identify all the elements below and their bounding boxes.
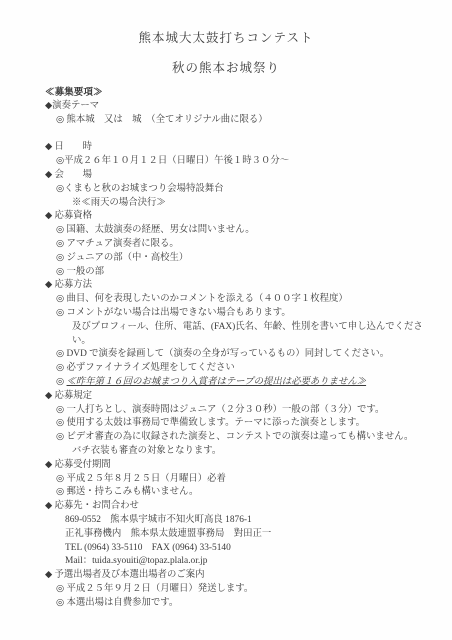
document-line: い。 [72, 335, 452, 349]
document-line: ◎ 国籍、太鼓演奏の経歴、男女は問いません。 [56, 224, 452, 238]
section-heading: ◆ 会 場 [45, 169, 452, 183]
document-line: ◎ コメントがない場合は出場できない場合もあります。 [56, 307, 452, 321]
section-heading: ◆ 応募先・お問合わせ [45, 500, 452, 514]
section-heading: ◆ 応募規定 [45, 390, 452, 404]
document-line: ◎ 本選出場は自費参加です。 [56, 597, 452, 611]
section-heading: ◆ 予選出場者及び本選出場者のご案内 [45, 569, 452, 583]
document-line: ◎平成２６年１０月１２日（日曜日）午後１時３０分～ [56, 155, 452, 169]
document-line: ◎ DVD で演奏を録画して（演奏の全身が写っているもの）同封してください。 [56, 348, 452, 362]
document-line: ◎ 一人打ちとし、演奏時間はジュニア（２分３０秒）一般の部（３分）です。 [56, 404, 452, 418]
document-line: ◎ 熊本城 又は 城 （全てオリジナル曲に限る） [56, 114, 452, 128]
document-page: 熊本城大太鼓打ちコンテスト 秋の熊本お城祭り ≪募集要項≫ ◆演奏テーマ◎ 熊本… [0, 0, 452, 640]
document-line: ◎ 平成２５年９月２日（月曜日）発送します。 [56, 583, 452, 597]
document-line: ◎ アマチュア演奏者に限る。 [56, 238, 452, 252]
document-line: ◎ ≪昨年第１６回のお城まつり入賞者はテープの提出は必要ありません≫ [56, 376, 452, 390]
section-heading: ◆演奏テーマ [45, 100, 452, 114]
document-line: ※≪雨天の場合決行≫ [72, 197, 452, 211]
document-body: ◆演奏テーマ◎ 熊本城 又は 城 （全てオリジナル曲に限る）◆ 日 時◎平成２６… [0, 100, 452, 610]
line-bullet: ◎ [56, 377, 67, 387]
emphasized-note: ≪昨年第１６回のお城まつり入賞者はテープの提出は必要ありません≫ [67, 377, 367, 387]
document-line: ◎ 郵送・持ちこみも構いません。 [56, 486, 452, 500]
document-line: ◎ 必ずファイナライズ処理をしてください [56, 362, 452, 376]
document-line: ◎ ビデオ審査の為に収録された演奏と、コンテストでの演奏は違っても構いません。 [56, 431, 452, 445]
document-line: 正礼事務機内 熊本県太鼓連盟事務局 對田正一 [65, 528, 452, 542]
document-line: ◎ ジュニアの部（中・高校生） [56, 252, 452, 266]
document-line: ◎ 使用する太鼓は事務局で準備致します。テーマに添った演奏とします。 [56, 417, 452, 431]
section-header: ≪募集要項≫ [45, 87, 452, 99]
document-line: ◎くまもと秋のお城まつり会場特設舞台 [56, 183, 452, 197]
section-heading: ◆ 応募資格 [45, 210, 452, 224]
document-line: 869-0552 熊本県宇城市不知火町高良 1876-1 [65, 514, 452, 528]
document-line: 及びプロフィール、住所、電話、(FAX)氏名、年齢、性別を書いて申し込んでくださ [72, 321, 452, 335]
document-line: ◎ 一般の部 [56, 266, 452, 280]
document-line: TEL (0964) 33-5110 FAX (0964) 33-5140 [65, 542, 452, 556]
blank-line [0, 128, 452, 142]
section-heading: ◆ 応募方法 [45, 279, 452, 293]
document-line: Mail：tuida.syouiti@topaz.plala.or.jp [65, 555, 452, 569]
page-subtitle: 秋の熊本お城祭り [0, 61, 452, 76]
document-line: ◎ 曲目、何を表現したいのかコメントを添える（４００字１枚程度） [56, 293, 452, 307]
page-title: 熊本城大太鼓打ちコンテスト [0, 0, 452, 46]
section-heading: ◆ 応募受付期間 [45, 459, 452, 473]
document-line: ◎ 平成２５年８月２５日（月曜日）必着 [56, 473, 452, 487]
section-heading: ◆ 日 時 [45, 141, 452, 155]
document-line: バチ衣装も審査の対象となります。 [72, 445, 452, 459]
